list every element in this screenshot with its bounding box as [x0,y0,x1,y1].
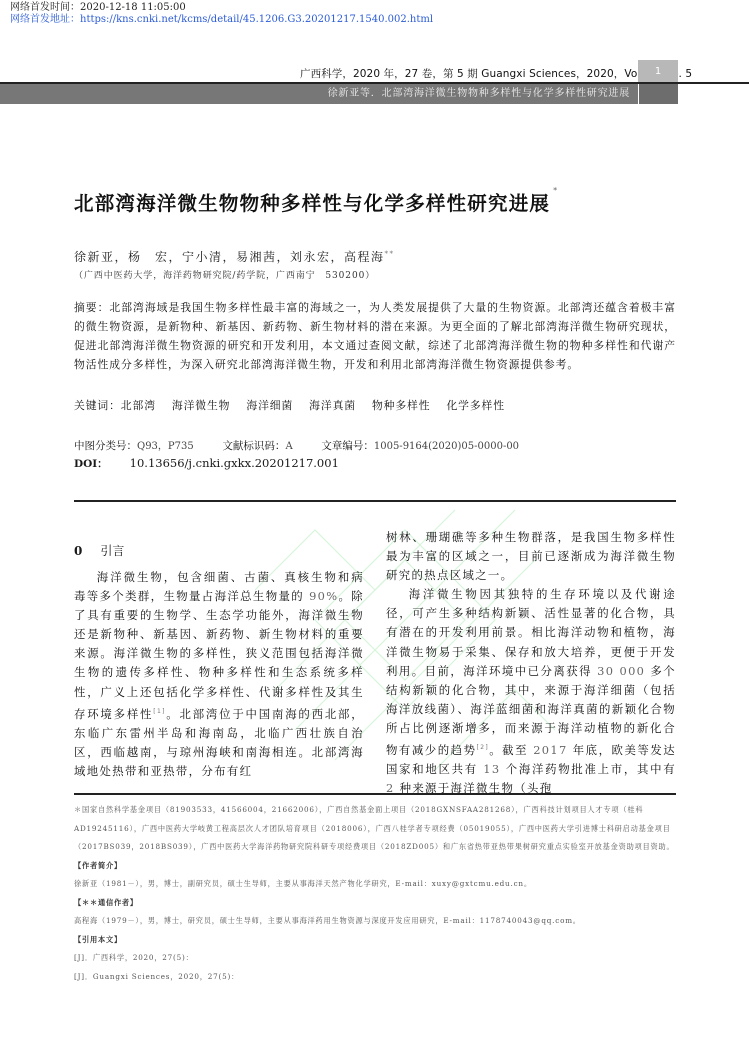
doi-label: DOI： [74,458,108,470]
article-title: 北部湾海洋微生物物种多样性与化学多样性研究进展* [74,188,558,216]
article-title-text: 北部湾海洋微生物物种多样性与化学多样性研究进展 [74,192,550,215]
keywords-label: 关键词： [74,399,121,412]
affiliation: （广西中医药大学，海洋药物研究院/药学院，广西南宁 530200） [74,268,375,281]
section-number: 0 [74,544,82,558]
citation-ref[interactable]: [1] [153,708,166,715]
publish-time-label: 网络首发时间： [10,2,80,13]
citation-en: [J]．Guangxi Sciences，2020，27(5)： [74,968,676,987]
clc-label: 中图分类号： [74,440,137,452]
body-column-left: 海洋微生物，包含细菌、古菌、真核生物和病毒等多个类群，生物量占海洋总生物量的 9… [74,568,364,781]
article-no-label: 文章编号： [321,440,374,452]
paragraph: 树林、珊瑚礁等多种生物群落，是我国生物多样性最为丰富的区域之一，目前已逐渐成为海… [386,528,676,585]
abstract: 摘要：北部湾海域是我国生物多样性最丰富的海域之一，为人类发展提供了大量的生物资源… [74,298,676,374]
percentage: 90% [309,589,338,603]
section-heading: 0引言 [74,542,124,559]
text: 。截至 [489,743,533,757]
publish-url-link[interactable]: https://kns.cnki.net/kcms/detail/45.1206… [80,14,433,25]
text: 个海洋药物批准上市，其中有 [500,762,676,776]
section-divider [74,500,676,502]
number: 2017 [533,743,567,757]
doi: DOI：10.13656/j.cnki.gxkx.20201217.001 [74,456,339,471]
corresponding-author-heading: 【＊＊通信作者】 [74,894,676,913]
running-title: 徐新亚等．北部湾海洋微生物物种多样性与化学多样性研究进展 [0,84,638,104]
keyword: 海洋真菌 [309,399,356,412]
citation-heading: 【引用本文】 [74,931,676,950]
body-column-right: 树林、珊瑚礁等多种生物群落，是我国生物多样性最为丰富的区域之一，目前已逐渐成为海… [386,528,676,798]
author-intro: 徐新亚（1981－），男，博士，副研究员，硕士生导师，主要从事海洋天然产物化学研… [74,875,676,894]
clc-value: Q93，P735 [137,441,194,452]
citation-cn: [J]．广西科学，2020，27(5)： [74,949,676,968]
keywords: 关键词：北部湾海洋微生物海洋细菌海洋真菌物种多样性化学多样性 [74,398,521,413]
journal-citation-header: 广西科学，2020 年，27 卷，第 5 期 Guangxi Sciences，… [300,66,692,81]
author-intro-heading: 【作者简介】 [74,857,676,876]
footnote-rule [74,793,676,795]
header-band-tab [639,84,678,104]
classification-info: 中图分类号：Q93，P735 文献标识码：A 文章编号：1005-9164(20… [74,437,519,453]
publish-url-label: 网络首发地址： [10,14,80,25]
doc-code-label: 文献标识码： [222,440,285,452]
doc-code-value: A [285,441,292,452]
keyword: 化学多样性 [446,399,504,412]
text: 树林、珊瑚礁等多种生物群落，是我国生物多样性最为丰富的区域之一，目前已逐渐成为海… [386,530,676,582]
doi-value[interactable]: 10.13656/j.cnki.gxkx.20201217.001 [130,456,339,470]
number: 30 000 [597,664,645,678]
keyword: 海洋细菌 [246,399,293,412]
funding-footnote-mark: * [553,186,558,195]
author-list: 徐新亚，杨 宏，宁小清，易湘茜，刘永宏，高程海** [74,248,395,265]
number: 13 [483,762,500,776]
page-number: 1 [638,60,678,84]
abstract-label: 摘要： [74,301,109,314]
text: 。除了具有重要的生物学、生态学功能外，海洋微生物还是新物种、新基因、新药物、新生… [74,589,364,720]
keyword: 物种多样性 [372,399,430,412]
corresponding-author-info: 高程海（1979－），男，博士，研究员，硕士生导师，主要从事海洋药用生物资源与深… [74,912,676,931]
keyword: 海洋微生物 [172,399,230,412]
abstract-text: 北部湾海域是我国生物多样性最丰富的海域之一，为人类发展提供了大量的生物资源。北部… [74,301,676,371]
footnotes: ＊国家自然科学基金项目（81903533，41566004，21662006），… [74,801,676,986]
citation-ref[interactable]: [2] [477,744,490,751]
keyword: 北部湾 [121,399,156,412]
paragraph: 海洋微生物，包含细菌、古菌、真核生物和病毒等多个类群，生物量占海洋总生物量的 9… [74,568,364,781]
corresponding-author-mark: ** [385,250,395,258]
section-title: 引言 [100,544,124,558]
online-publication-info: 网络首发时间：2020-12-18 11:05:00 网络首发地址：https:… [10,2,433,26]
article-no-value: 1005-9164(2020)05-0000-00 [374,441,519,452]
funding-note: ＊国家自然科学基金项目（81903533，41566004，21662006），… [74,801,676,857]
publish-time-value: 2020-12-18 11:05:00 [80,2,186,13]
paragraph: 海洋微生物因其独特的生存环境以及代谢途径，可产生多种结构新颖、活性显著的化合物，… [386,585,676,798]
authors-text: 徐新亚，杨 宏，宁小清，易湘茜，刘永宏，高程海 [74,250,385,264]
